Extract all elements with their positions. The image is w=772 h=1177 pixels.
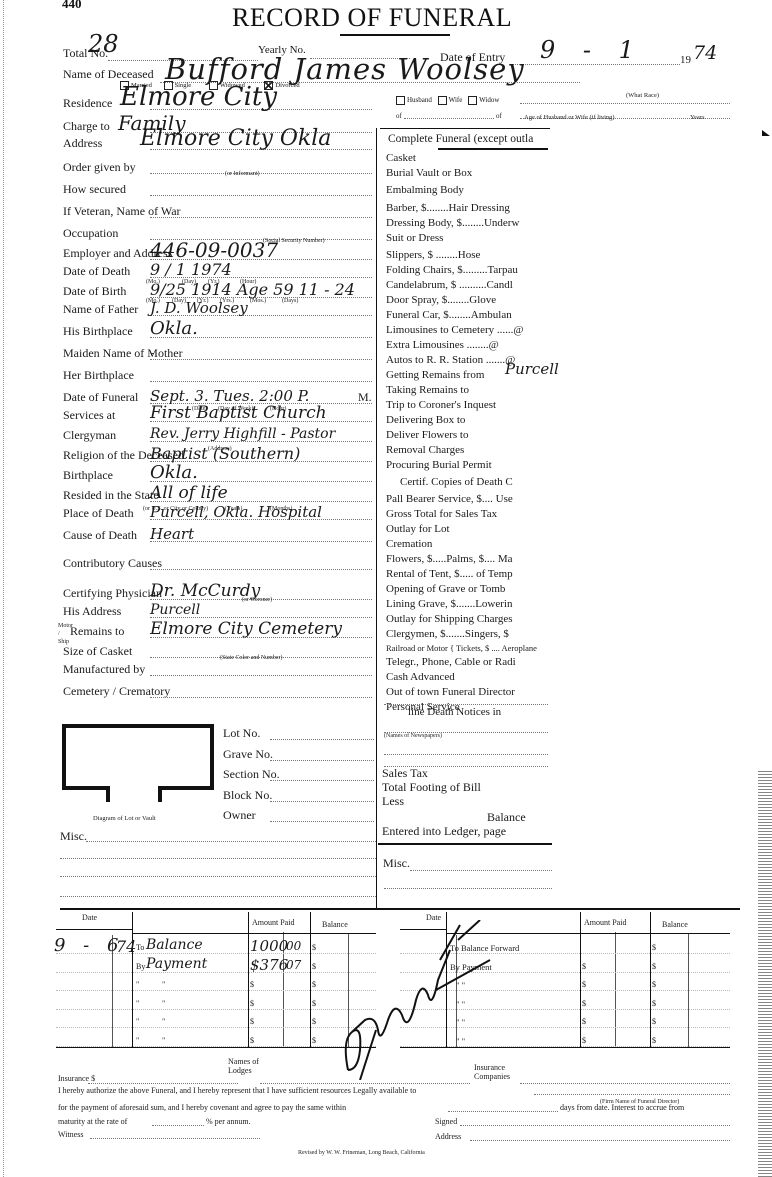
charge-item: Lining Grave, $.......Lowerin (386, 598, 548, 610)
getting-remains-value[interactable]: Purcell (505, 360, 559, 378)
charge-item: Delivering Box to (386, 414, 548, 426)
field-label: Size of Casket (63, 644, 132, 659)
ledger-desc: " (162, 999, 165, 1008)
charge-item: Opening of Grave or Tomb (386, 583, 548, 595)
diagram-caption: Diagram of Lot or Vault (93, 815, 156, 822)
field-label: Residence (63, 96, 112, 111)
page-title: RECORD OF FUNERAL (232, 3, 512, 33)
field-label: Services at (63, 408, 115, 423)
field-value[interactable]: - (150, 346, 154, 360)
sub-caption: (Days) (282, 298, 298, 304)
ledger-balance[interactable]: $ (652, 1036, 656, 1045)
title-underline (340, 34, 450, 36)
witness-label: Witness (58, 1130, 83, 1139)
lot-diagram (62, 724, 214, 790)
ledger-balance[interactable]: $ (312, 1036, 316, 1045)
field-label: Occupation (63, 226, 118, 241)
total-no-value[interactable]: 28 (88, 30, 119, 58)
ledger-desc: " (162, 1036, 165, 1045)
ledger-desc-prefix: " (136, 1036, 139, 1045)
charge-item: Railroad or Motor { Tickets, $ .... Aero… (386, 643, 548, 653)
ledger-balance[interactable]: $ (652, 1017, 656, 1026)
funeral-underline (438, 148, 548, 150)
ledger-balance[interactable]: $ (652, 943, 656, 952)
payment-text: for the payment of aforesaid sum, and I … (58, 1103, 346, 1112)
year-prefix: 19 (680, 54, 691, 66)
column-divider (376, 128, 377, 908)
charge-item: Removal Charges (386, 444, 548, 456)
ledger-desc[interactable]: Balance (146, 937, 203, 953)
ledger-header-amount: Amount Paid (584, 918, 626, 927)
ledger-cents[interactable]: 07 (286, 958, 301, 972)
field-label: Clergyman (63, 428, 116, 443)
charge-item: Dressing Body, $........Underw (386, 217, 548, 229)
ledger-amount[interactable]: $ (582, 1036, 586, 1045)
ledger-amount[interactable]: $ (582, 999, 586, 1008)
charge-item: Burial Vault or Box (386, 167, 548, 179)
years-label: Years (690, 114, 705, 121)
field-label: Date of Funeral (63, 390, 138, 405)
page-number: 440 (62, 0, 82, 12)
field-label: His Address (63, 604, 121, 619)
field-label: Name of Father (63, 302, 138, 317)
ledger-header-balance: Balance (662, 920, 688, 929)
charge-item: Trip to Coroner's Inquest (386, 399, 548, 411)
field-label: His Birthplace (63, 324, 133, 339)
ledger-desc: " (162, 1017, 165, 1026)
field-label: Certifying Physician (63, 586, 162, 601)
sub-caption: (Months) (270, 506, 292, 512)
charge-item: Cash Advanced (386, 671, 548, 683)
ledger-balance[interactable]: $ (312, 999, 316, 1008)
field-label: Birthplace (63, 468, 113, 483)
spouse-of-label: of (396, 112, 402, 120)
charge-item: Flowers, $.....Palms, $.... Ma (386, 553, 548, 565)
field-label: Remains to (70, 624, 124, 639)
field-value[interactable]: Elmore City Cemetery (150, 619, 342, 639)
charge-item: Embalming Body (386, 184, 548, 196)
insurance-label: Insurance $ (58, 1074, 95, 1083)
field-label: How secured (63, 182, 126, 197)
ledger-header-amount: Amount Paid (252, 918, 294, 927)
ledger-desc-prefix: " (136, 980, 139, 989)
sales-tax-label: Sales Tax (382, 766, 428, 781)
authorize-text: I hereby authorize the above Funeral, an… (58, 1086, 416, 1095)
ledger-desc-prefix: " (136, 999, 139, 1008)
charge-item: Cremation (386, 538, 548, 550)
less-label: Less (382, 794, 404, 809)
charge-item: Casket (386, 152, 548, 164)
sub-caption: (Date) (192, 406, 207, 412)
ledger-desc-prefix: To (136, 943, 144, 952)
field-value[interactable]: 9 / 1 1974 (150, 260, 232, 279)
left-margin-line (3, 0, 4, 1177)
field-value[interactable]: Heart (150, 525, 194, 543)
charge-item: Certif. Copies of Death C (400, 476, 562, 488)
lot-field-label: Grave No. (223, 747, 273, 762)
charge-item: Limousines to Cemetery ......@ (386, 324, 548, 336)
spouse-options: Husband Wife Widow (396, 96, 499, 105)
ledger-header-date: Date (82, 913, 97, 922)
sub-caption: (Years) (225, 506, 242, 512)
ledger-balance[interactable]: $ (652, 962, 656, 971)
field-label: Place of Death (63, 506, 134, 521)
field-label: Date of Birth (63, 284, 126, 299)
charge-item: Funeral Car, $........Ambulan (386, 309, 548, 321)
sub-caption: (Address) (208, 446, 232, 452)
year-value[interactable]: 74 (693, 42, 717, 64)
name-label: Name of Deceased (63, 67, 154, 82)
misc-right-label: Misc. (383, 856, 410, 871)
sub-caption: (Day of Week) (218, 406, 253, 412)
lot-field-label: Block No. (223, 788, 272, 803)
total-footing-label: Total Footing of Bill (382, 780, 481, 795)
lot-field-label: Owner (223, 808, 256, 823)
ledger-amount[interactable]: 1000 (250, 937, 288, 955)
lodges-label: Names of Lodges (228, 1057, 268, 1075)
field-value[interactable]: Elmore City (120, 82, 277, 112)
charge-item: Slippers, $ ........Hose (386, 249, 548, 261)
field-value[interactable]: Rev. Jerry Highfill - Pastor (150, 426, 335, 442)
field-note: (State Color and Number) (220, 655, 282, 661)
ledger-balance[interactable]: $ (312, 962, 316, 971)
charge-item: Rental of Tent, $..... of Temp (386, 568, 548, 580)
scan-edge (758, 770, 772, 1177)
charge-item: Gross Total for Sales Tax (386, 508, 548, 520)
ledger-date[interactable]: 9 - 6 (54, 935, 124, 956)
sub-caption: (Mo.) (146, 298, 160, 304)
ledger-amount[interactable]: $376 (250, 956, 288, 974)
ledger-cents[interactable]: 00 (286, 939, 301, 953)
ledger-balance[interactable]: $ (312, 980, 316, 989)
what-race-label: (What Race) (626, 92, 659, 99)
charge-item: Deliver Flowers to (386, 429, 548, 441)
ledger-balance[interactable]: $ (652, 980, 656, 989)
lot-field-label: Lot No. (223, 726, 260, 741)
charge-item: Barber, $........Hair Dressing (386, 202, 548, 214)
sub-caption: (Yrs.) (220, 298, 234, 304)
sub-caption: (Yr.) (197, 298, 209, 304)
field-note: (Social Security Number) (263, 238, 325, 244)
field-label: Her Birthplace (63, 368, 134, 383)
charge-item: Pall Bearer Service, $.... Use (386, 493, 548, 505)
field-label: Address (63, 136, 102, 151)
charges-heading: Complete Funeral (except outla (388, 133, 533, 145)
sub-caption: (Mo.) (146, 279, 160, 285)
charge-item: Folding Chairs, $.........Tarpau (386, 264, 548, 276)
charge-item: Out of town Funeral Director (386, 686, 548, 698)
ledger-amount[interactable]: $ (250, 1017, 254, 1026)
signed-label: Signed (435, 1117, 457, 1126)
ledger-balance[interactable]: $ (652, 999, 656, 1008)
newspapers-note: (Names of Newspapers) (384, 733, 442, 739)
ledger-amount[interactable]: $ (250, 980, 254, 989)
field-label: Manufactured by (63, 662, 145, 677)
field-note: (or Coroner) (242, 597, 272, 603)
charge-item: Candelabrum, $ ..........Candl (386, 279, 548, 291)
sub-caption: (Day) (182, 279, 196, 285)
ledger-desc-prefix: By (136, 962, 145, 971)
revised-credit: Revised by W. W. Frineman, Long Beach, C… (298, 1150, 425, 1156)
sub-caption: (Mos.) (250, 298, 266, 304)
field-value[interactable]: Okla. (150, 318, 198, 339)
ledger-amount[interactable]: $ (582, 962, 586, 971)
field-label: Date of Death (63, 264, 130, 279)
sub-caption: (or U.S. or City or County) (143, 506, 208, 512)
field-value[interactable]: 446-09-0037 (150, 238, 278, 262)
field-value[interactable]: Okla. (150, 462, 198, 483)
field-note: (or Informant) (225, 171, 260, 177)
ledger-page-label: Entered into Ledger, page (382, 824, 506, 839)
field-value[interactable]: All of life (150, 483, 228, 503)
sub-caption: (Day) (172, 298, 186, 304)
ledger-year[interactable]: 74 (116, 937, 136, 956)
ledger-amount[interactable]: $ (250, 999, 254, 1008)
charge-item: Extra Limousines ........@ (386, 339, 548, 351)
ledger-amount[interactable]: $ (582, 1017, 586, 1026)
ledger-desc: " (162, 980, 165, 989)
sub-caption: (Hour) (270, 406, 286, 412)
field-label: Charge to (63, 119, 110, 134)
ledger-desc-prefix: " (136, 1017, 139, 1026)
per-annum-text: % per annum. (206, 1117, 251, 1126)
charge-item: Clergymen, $.......Singers, $ (386, 628, 548, 640)
field-value[interactable]: Elmore City Okla (140, 126, 331, 151)
charge-item: Telegr., Phone, Cable or Radi (386, 656, 548, 668)
misc-left-label: Misc. (60, 829, 87, 844)
edge-mark (762, 130, 770, 136)
motor-ship-prefix: Motor / Ship (58, 622, 72, 646)
days-text: days from date. Interest to accrue from (560, 1103, 684, 1112)
charge-item: Suit or Dress (386, 232, 548, 244)
companies-label: Insurance Companies (474, 1063, 534, 1081)
ledger-amount[interactable]: $ (250, 1036, 254, 1045)
field-label: Contributory Causes (63, 556, 162, 571)
field-value[interactable]: Purcell (150, 602, 200, 618)
field-label: Order given by (63, 160, 136, 175)
field-label: Resided in the State (63, 488, 159, 503)
field-label: Cause of Death (63, 528, 137, 543)
ledger-amount[interactable]: $ (582, 980, 586, 989)
sub-caption: (Yr.) (208, 279, 220, 285)
sub-caption: (Hour) (240, 279, 256, 285)
charge-item: Door Spray, $........Glove (386, 294, 548, 306)
charge-item: Outlay for Lot (386, 523, 548, 535)
charge-item: Procuring Burial Permit (386, 459, 548, 471)
age-spouse-label: Age of Husband or Wife (if living) (524, 114, 615, 121)
charge-item: Taking Remains to (386, 384, 548, 396)
balance-label: Balance (487, 810, 526, 825)
charge-item: Outlay for Shipping Charges (386, 613, 548, 625)
ledger-balance[interactable]: $ (312, 1017, 316, 1026)
paid-signature (340, 920, 500, 1080)
date-of-entry-value[interactable]: 9 - 1 (540, 36, 644, 64)
address-label: Address (435, 1132, 461, 1141)
maturity-text: maturity at the rate of (58, 1117, 127, 1126)
ledger-balance[interactable]: $ (312, 943, 316, 952)
death-notices-label: line Death Notices in (408, 706, 501, 718)
ledger-desc[interactable]: Payment (146, 956, 207, 972)
